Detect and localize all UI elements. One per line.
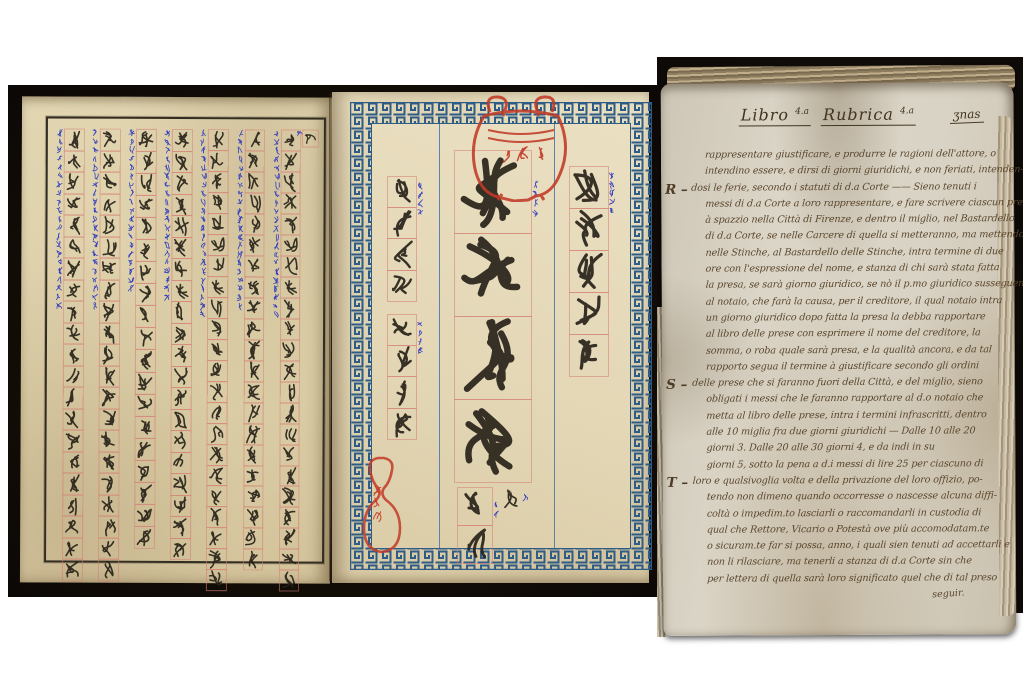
scribble-glyph bbox=[92, 137, 100, 146]
scribble-glyph bbox=[200, 224, 208, 233]
scribble-glyph bbox=[200, 181, 208, 190]
rubric-title: Libro 4.aRubrica 4.a bbox=[739, 105, 926, 125]
subtitle-calligraphy bbox=[458, 487, 492, 563]
scribble-glyph bbox=[55, 241, 63, 250]
scribble-glyph bbox=[272, 302, 280, 311]
scribble-glyph bbox=[136, 328, 156, 349]
scribble-glyph bbox=[136, 306, 156, 327]
subtitle-calligraphy bbox=[502, 487, 522, 509]
scribble-glyph bbox=[163, 241, 171, 250]
scribble-glyph bbox=[209, 130, 228, 150]
scribble-glyph bbox=[200, 198, 208, 207]
scribble-glyph bbox=[272, 233, 280, 242]
scribble-glyph bbox=[173, 130, 192, 151]
seal-characters bbox=[484, 146, 560, 164]
scribble-glyph bbox=[55, 275, 63, 284]
scribble-glyph bbox=[272, 311, 280, 320]
scribble-glyph bbox=[208, 508, 227, 528]
scribble-glyph bbox=[272, 276, 280, 285]
scribble-glyph bbox=[236, 207, 244, 216]
scribble-glyph bbox=[100, 345, 119, 366]
seal-characters bbox=[372, 484, 384, 523]
scribble-glyph bbox=[272, 242, 280, 251]
scribble-glyph bbox=[208, 361, 227, 381]
scribble-glyph bbox=[91, 180, 99, 189]
scribble-glyph bbox=[388, 208, 416, 238]
scribble-glyph bbox=[55, 215, 63, 224]
kuzushiji-text bbox=[207, 129, 227, 553]
scribble-glyph bbox=[101, 130, 120, 151]
scribble-glyph bbox=[388, 271, 416, 301]
catchword: seguir. bbox=[932, 588, 965, 601]
scribble-glyph bbox=[136, 174, 156, 195]
scribble-glyph bbox=[64, 194, 83, 215]
scribble-glyph bbox=[172, 238, 191, 259]
scribble-glyph bbox=[64, 130, 83, 151]
scribble-glyph bbox=[244, 508, 263, 528]
scribble-glyph bbox=[63, 452, 82, 473]
scribble-glyph bbox=[136, 196, 156, 217]
scribble-glyph bbox=[91, 198, 99, 207]
scribble-glyph bbox=[127, 267, 135, 276]
manuscript-line: intendino essere, e dirsi di giorni giur… bbox=[690, 162, 1007, 180]
scribble-glyph bbox=[99, 517, 118, 538]
publisher-group-2 bbox=[388, 314, 424, 440]
scribble-glyph bbox=[245, 130, 264, 150]
scribble-glyph bbox=[492, 501, 500, 510]
scribble-glyph bbox=[99, 474, 118, 495]
scribble-glyph bbox=[55, 266, 63, 275]
scribble-glyph bbox=[200, 250, 208, 259]
scribble-glyph bbox=[236, 293, 244, 302]
scribble-glyph bbox=[55, 154, 63, 163]
scribble-glyph bbox=[209, 172, 228, 192]
scribble-glyph bbox=[91, 241, 99, 250]
scribble-glyph bbox=[135, 483, 155, 504]
scribble-glyph bbox=[173, 151, 192, 172]
scribble-glyph bbox=[55, 172, 63, 181]
scribble-glyph bbox=[209, 277, 228, 297]
scribble-glyph bbox=[281, 256, 300, 276]
scribble-glyph bbox=[55, 163, 63, 172]
scribble-glyph bbox=[91, 258, 99, 267]
scribble-glyph bbox=[164, 129, 172, 138]
scribble-glyph bbox=[55, 223, 63, 232]
manuscript-line: rapporto segua il termine à giustificare… bbox=[692, 358, 1009, 376]
scribble-glyph bbox=[63, 431, 82, 452]
margin-letter: T – bbox=[667, 475, 689, 491]
manuscript-line: loro e qualsivoglia volta e della privaz… bbox=[692, 472, 1009, 490]
scribble-glyph bbox=[127, 129, 135, 138]
scribble-glyph bbox=[280, 403, 299, 423]
scribble-glyph bbox=[172, 216, 191, 237]
scribble-glyph bbox=[200, 233, 208, 242]
title-page bbox=[332, 92, 649, 583]
scribble-glyph bbox=[173, 195, 192, 216]
scribble-glyph bbox=[127, 224, 135, 233]
scribble-glyph bbox=[135, 505, 155, 526]
scribble-glyph bbox=[55, 180, 63, 189]
scribble-glyph bbox=[163, 258, 171, 267]
preface-page bbox=[20, 96, 332, 583]
scribble-glyph bbox=[207, 529, 226, 549]
scribble-glyph bbox=[55, 292, 63, 301]
kuzushiji-column bbox=[159, 129, 196, 553]
scribble-glyph bbox=[295, 130, 303, 138]
manuscript-header: Libro 4.aRubrica 4.a ʒnas bbox=[661, 104, 1014, 132]
scribble-glyph bbox=[163, 293, 171, 302]
scribble-glyph bbox=[200, 293, 208, 302]
scribble-glyph bbox=[136, 152, 156, 173]
scribble-glyph bbox=[209, 256, 228, 276]
scribble-glyph bbox=[303, 131, 318, 147]
scribble-glyph bbox=[136, 284, 156, 305]
scribble-glyph bbox=[272, 198, 280, 207]
scribble-glyph bbox=[388, 315, 416, 345]
scribble-glyph bbox=[281, 151, 300, 171]
scribble-glyph bbox=[244, 340, 263, 360]
scribble-glyph bbox=[416, 182, 424, 191]
kuzushiji-text bbox=[171, 129, 192, 553]
scribble-glyph bbox=[91, 215, 99, 224]
scribble-glyph bbox=[99, 538, 118, 559]
kuzushiji-column bbox=[195, 129, 232, 553]
scribble-glyph bbox=[91, 301, 99, 310]
scribble-glyph bbox=[171, 496, 190, 517]
scribble-glyph bbox=[55, 284, 63, 293]
scribble-glyph bbox=[63, 366, 82, 387]
scribble-glyph bbox=[136, 240, 156, 261]
scribble-glyph bbox=[388, 346, 416, 376]
scribble-glyph bbox=[200, 258, 208, 267]
scribble-glyph bbox=[135, 527, 155, 548]
scribble-glyph bbox=[416, 191, 424, 200]
scribble-glyph bbox=[200, 302, 208, 311]
scribble-glyph bbox=[608, 181, 616, 190]
scribble-glyph bbox=[92, 129, 100, 138]
scribble-glyph bbox=[200, 172, 208, 181]
scribble-glyph bbox=[55, 301, 63, 310]
scribble-glyph bbox=[55, 146, 63, 155]
scribble-glyph bbox=[245, 214, 264, 234]
scribble-glyph bbox=[127, 172, 135, 181]
scribble-glyph bbox=[281, 193, 300, 213]
scribble-glyph bbox=[172, 388, 191, 409]
scribble-glyph bbox=[455, 317, 531, 399]
scribble-glyph bbox=[91, 163, 99, 172]
scribble-glyph bbox=[236, 241, 244, 250]
scribble-glyph bbox=[208, 424, 227, 444]
scribble-glyph bbox=[280, 550, 299, 570]
scribble-glyph bbox=[91, 206, 99, 215]
scribble-glyph bbox=[280, 382, 299, 402]
scribble-glyph bbox=[208, 445, 227, 465]
scribble-glyph bbox=[245, 256, 264, 276]
scribble-glyph bbox=[64, 216, 83, 237]
manuscript-line: non li rilasciare, ma tenerli a stanza d… bbox=[693, 554, 1010, 572]
kuzushiji-text bbox=[244, 129, 264, 553]
kuzushiji-column bbox=[122, 129, 159, 553]
scribble-glyph bbox=[244, 424, 263, 444]
scribble-glyph bbox=[280, 361, 299, 381]
scribble-glyph bbox=[208, 298, 227, 318]
scribble-glyph bbox=[64, 302, 83, 323]
scribble-glyph bbox=[244, 382, 263, 402]
scribble-glyph bbox=[163, 224, 171, 233]
scribble-glyph bbox=[200, 155, 208, 164]
scribble-glyph bbox=[163, 232, 171, 241]
scribble-glyph bbox=[100, 216, 119, 237]
scribble-glyph bbox=[164, 172, 172, 181]
title-word: Libro bbox=[741, 105, 789, 124]
manuscript-line: nelle Stinche, al Bastardello delle Stin… bbox=[691, 244, 1008, 262]
scribble-glyph bbox=[172, 410, 191, 431]
scribble-glyph bbox=[164, 146, 172, 155]
scribble-glyph bbox=[164, 189, 172, 198]
scribble-glyph bbox=[280, 487, 299, 507]
scribble-glyph bbox=[281, 319, 300, 339]
scribble-glyph bbox=[127, 189, 135, 198]
photo-japanese-book bbox=[8, 85, 657, 597]
scribble-glyph bbox=[171, 539, 190, 560]
scribble-glyph bbox=[100, 194, 119, 215]
scribble-glyph bbox=[100, 237, 119, 258]
scribble-glyph bbox=[281, 214, 300, 234]
scribble-glyph bbox=[244, 445, 263, 465]
scribble-glyph bbox=[416, 199, 424, 208]
scribble-glyph bbox=[416, 208, 424, 217]
scribble-glyph bbox=[172, 281, 191, 302]
scribble-glyph bbox=[514, 146, 531, 164]
scribble-glyph bbox=[608, 172, 616, 181]
scribble-glyph bbox=[208, 319, 227, 339]
scribble-glyph bbox=[64, 280, 83, 301]
scribble-glyph bbox=[91, 284, 99, 293]
scribble-glyph bbox=[502, 487, 522, 509]
scribble-glyph bbox=[91, 249, 99, 258]
scribble-glyph bbox=[163, 284, 171, 293]
scribble-glyph bbox=[236, 259, 244, 268]
scribble-glyph bbox=[209, 151, 228, 171]
scribble-glyph bbox=[64, 323, 83, 344]
scribble-glyph bbox=[92, 146, 100, 155]
scribble-glyph bbox=[100, 151, 119, 172]
scribble-glyph bbox=[55, 137, 63, 146]
scribble-glyph bbox=[570, 209, 608, 250]
scribble-glyph bbox=[200, 284, 208, 293]
scribble-glyph bbox=[135, 394, 155, 415]
scribble-glyph bbox=[127, 198, 135, 207]
scribble-glyph bbox=[570, 293, 608, 334]
scribble-glyph bbox=[245, 277, 264, 297]
scribble-glyph bbox=[200, 189, 208, 198]
scribble-glyph bbox=[522, 493, 530, 502]
scribble-glyph bbox=[208, 466, 227, 486]
scribble-glyph bbox=[281, 172, 300, 192]
scribble-glyph bbox=[272, 224, 280, 233]
scribble-glyph bbox=[91, 155, 99, 164]
scribble-glyph bbox=[272, 190, 280, 199]
scribble-glyph bbox=[127, 241, 135, 250]
scribble-glyph bbox=[492, 510, 500, 519]
kuzushiji-text bbox=[280, 129, 300, 553]
kanji-text bbox=[388, 176, 416, 302]
scribble-glyph bbox=[91, 293, 99, 302]
scribble-glyph bbox=[236, 233, 244, 242]
scribble-glyph bbox=[208, 382, 227, 402]
scribble-glyph bbox=[171, 474, 190, 495]
kuzushiji-column bbox=[50, 128, 87, 552]
scribble-glyph bbox=[416, 346, 424, 355]
scribble-glyph bbox=[570, 335, 608, 376]
scribble-glyph bbox=[172, 431, 191, 452]
scribble-glyph bbox=[236, 181, 244, 190]
scribble-glyph bbox=[63, 560, 82, 581]
scribble-glyph bbox=[244, 550, 263, 570]
scribble-glyph bbox=[236, 198, 244, 207]
scribble-glyph bbox=[272, 207, 280, 216]
annotation-text bbox=[295, 130, 303, 148]
scribble-glyph bbox=[272, 164, 280, 173]
scribble-glyph bbox=[531, 209, 540, 219]
scribble-glyph bbox=[63, 538, 82, 559]
title-ordinal: 4.a bbox=[900, 106, 914, 116]
scribble-glyph bbox=[372, 497, 384, 510]
scribble-glyph bbox=[236, 147, 244, 156]
scribble-glyph bbox=[280, 445, 299, 465]
scribble-glyph bbox=[200, 146, 208, 155]
scribble-glyph bbox=[273, 129, 281, 138]
scribble-glyph bbox=[64, 173, 83, 194]
scribble-glyph bbox=[136, 130, 156, 151]
scribble-glyph bbox=[172, 367, 191, 388]
scribble-glyph bbox=[127, 163, 135, 172]
scribble-glyph bbox=[91, 224, 99, 233]
scribble-glyph bbox=[388, 177, 416, 207]
scribble-glyph bbox=[280, 424, 299, 444]
kuzushiji-column bbox=[86, 129, 123, 553]
scribble-glyph bbox=[64, 259, 83, 280]
manuscript-line: coltà o impedim.to lasciarli o raccomand… bbox=[692, 505, 1009, 523]
scribble-glyph bbox=[135, 416, 155, 437]
manuscript-line: al notaio, che farà la causa, per il cre… bbox=[691, 293, 1008, 311]
scribble-glyph bbox=[208, 403, 227, 423]
title-sub-group bbox=[458, 487, 530, 563]
scribble-glyph bbox=[100, 173, 119, 194]
scribble-glyph bbox=[136, 218, 156, 239]
manuscript-line: di d.a Corte, se nelle Carcere di quella… bbox=[691, 228, 1008, 246]
scribble-glyph bbox=[272, 259, 280, 268]
manuscript-line: qual che Rettore, Vicario o Potestà ove … bbox=[692, 521, 1009, 539]
folio-mark: ʒnas bbox=[950, 107, 984, 124]
scribble-glyph bbox=[208, 340, 227, 360]
scribble-glyph bbox=[63, 495, 82, 516]
scribble-glyph bbox=[64, 237, 83, 258]
scribble-glyph bbox=[172, 324, 191, 345]
scribble-glyph bbox=[458, 526, 492, 563]
scribble-glyph bbox=[388, 409, 416, 439]
kanji-text bbox=[388, 314, 416, 440]
scribble-glyph bbox=[244, 361, 263, 381]
scribble-glyph bbox=[245, 172, 264, 192]
scribble-glyph bbox=[272, 181, 280, 190]
scribble-glyph bbox=[127, 232, 135, 241]
manuscript-line: al libro delle prese con esprimere il no… bbox=[691, 325, 1008, 343]
scribble-glyph bbox=[99, 431, 118, 452]
scribble-glyph bbox=[100, 259, 119, 280]
manuscript-line: giorni 5, sotto la pena a d.i messi di l… bbox=[692, 456, 1009, 474]
scribble-glyph bbox=[99, 452, 118, 473]
scribble-glyph bbox=[91, 267, 99, 276]
kuzushiji-text bbox=[63, 129, 84, 553]
scribble-glyph bbox=[236, 302, 244, 311]
manuscript-line: un giorno giuridico dopo fatta la presa … bbox=[691, 309, 1008, 327]
scribble-glyph bbox=[99, 495, 118, 516]
scribble-glyph bbox=[171, 453, 190, 474]
preface-header-char bbox=[295, 130, 318, 148]
scribble-glyph bbox=[91, 172, 99, 181]
scribble-glyph bbox=[280, 508, 299, 528]
preface-columns bbox=[50, 128, 318, 553]
annotation-text bbox=[416, 314, 424, 355]
scribble-glyph bbox=[236, 250, 244, 259]
scribble-glyph bbox=[200, 138, 208, 147]
scribble-glyph bbox=[100, 280, 119, 301]
scribble-glyph bbox=[164, 138, 172, 147]
scribble-glyph bbox=[236, 224, 244, 233]
manuscript-line: per lettera di quella sarà loro signific… bbox=[693, 570, 1010, 588]
scribble-glyph bbox=[244, 403, 263, 423]
scribble-glyph bbox=[236, 155, 244, 164]
scribble-glyph bbox=[236, 216, 244, 225]
scribble-glyph bbox=[99, 388, 118, 409]
scribble-glyph bbox=[245, 298, 264, 318]
scribble-glyph bbox=[63, 409, 82, 430]
manuscript-page: Libro 4.aRubrica 4.a ʒnas rappresentare … bbox=[661, 82, 1017, 636]
scribble-glyph bbox=[608, 189, 616, 198]
scribble-glyph bbox=[55, 128, 63, 137]
scribble-glyph bbox=[172, 302, 191, 323]
scribble-glyph bbox=[236, 285, 244, 294]
annotation-text bbox=[492, 487, 500, 518]
scribble-glyph bbox=[164, 155, 172, 164]
scribble-glyph bbox=[127, 215, 135, 224]
scribble-glyph bbox=[458, 488, 492, 525]
title-ordinal: 4.a bbox=[795, 107, 809, 117]
scribble-glyph bbox=[236, 267, 244, 276]
scribble-glyph bbox=[280, 466, 299, 486]
scribble-glyph bbox=[244, 529, 263, 549]
scribble-glyph bbox=[55, 206, 63, 215]
scribble-glyph bbox=[281, 298, 300, 318]
scribble-glyph bbox=[91, 275, 99, 284]
scribble-glyph bbox=[127, 284, 135, 293]
kuzushiji-text bbox=[303, 130, 318, 148]
scribble-glyph bbox=[236, 276, 244, 285]
scribble-glyph bbox=[209, 235, 228, 255]
scribble-glyph bbox=[207, 550, 226, 570]
kuzushiji-text bbox=[135, 129, 156, 553]
scribble-glyph bbox=[281, 235, 300, 255]
scribble-glyph bbox=[55, 249, 63, 258]
scribble-glyph bbox=[281, 340, 300, 360]
scribble-glyph bbox=[55, 189, 63, 198]
margin-letter: S – bbox=[666, 377, 687, 393]
scribble-glyph bbox=[245, 235, 264, 255]
scribble-glyph bbox=[163, 250, 171, 259]
scribble-glyph bbox=[245, 319, 264, 339]
scribble-glyph bbox=[91, 189, 99, 198]
